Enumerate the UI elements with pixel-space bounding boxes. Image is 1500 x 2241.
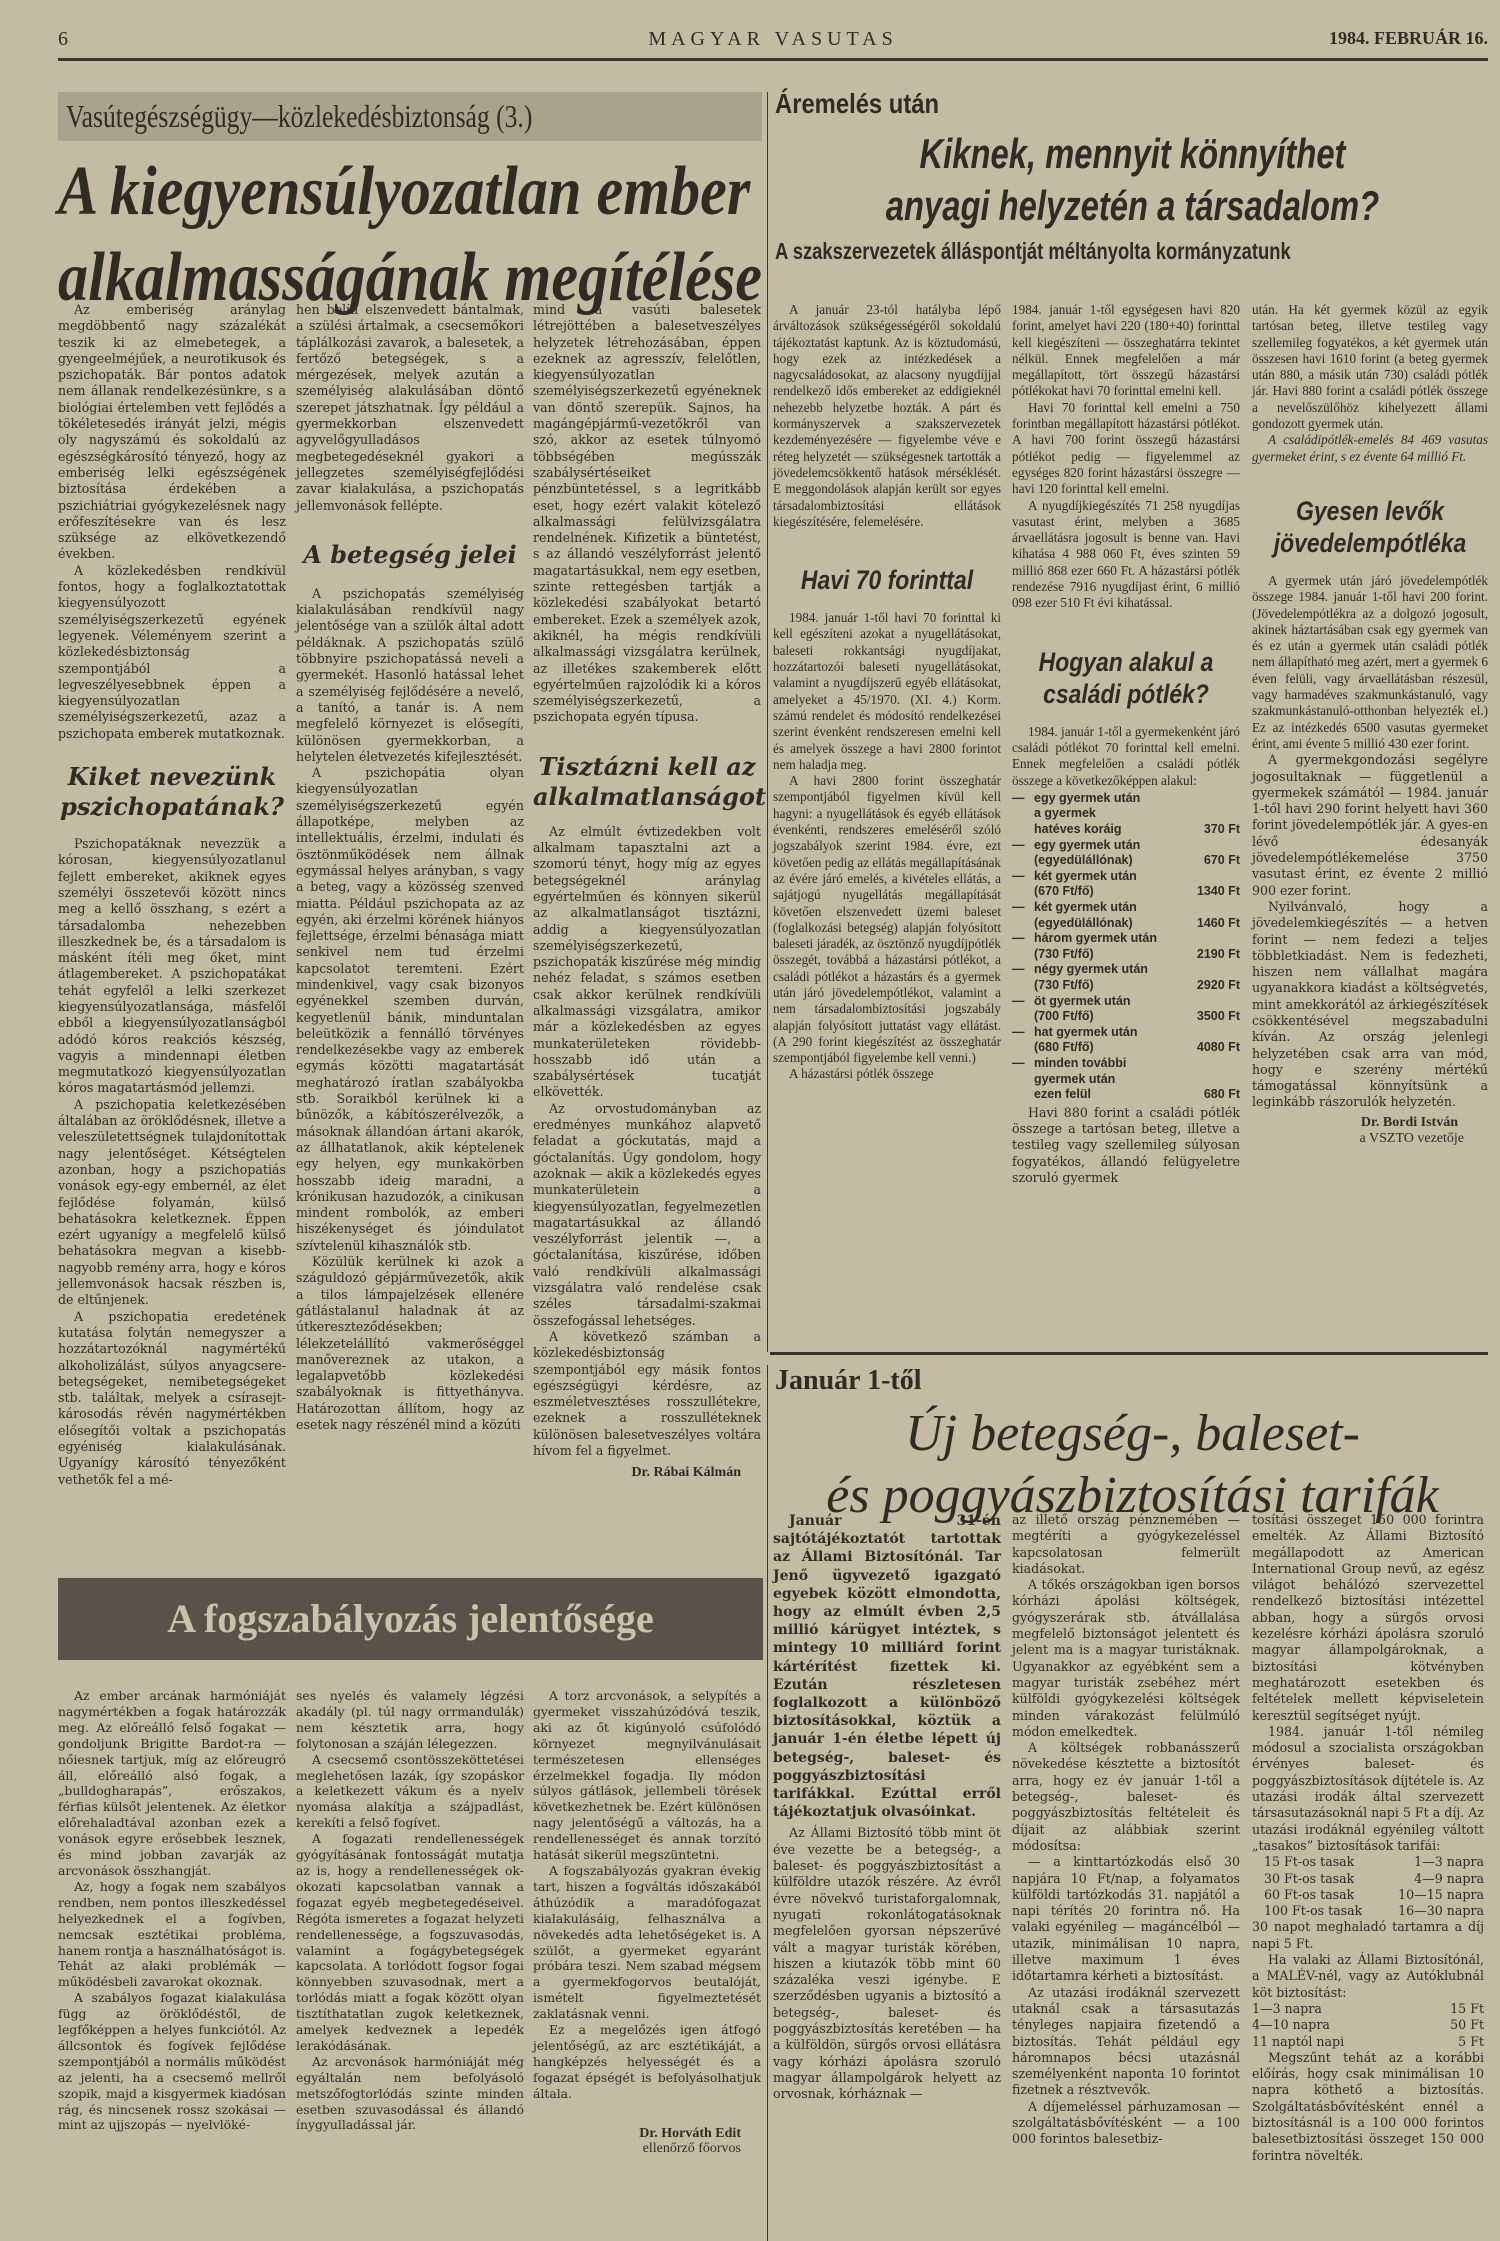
paragraph: 1984. január 1-től a gyermekenként járó …: [1012, 724, 1240, 789]
table-row: öt gyermek után (700 Ft/fő)3500 Ft: [1012, 994, 1240, 1025]
table-row: minden további gyermek után ezen felül68…: [1012, 1056, 1240, 1103]
table-row: két gyermek után (670 Ft/fő)1340 Ft: [1012, 869, 1240, 900]
paragraph: A csecsemő csontösszeköttetései meglehet…: [296, 1752, 524, 1832]
paragraph: A pszichopatia keletkezésében általában …: [58, 1097, 286, 1309]
paragraph: tosítási összeget 150 000 forintra emelt…: [1252, 1512, 1484, 1724]
paragraph: Az emberiség aránylag megdöbbentő nagy s…: [58, 302, 286, 563]
paragraph: — a kinttartózkodás első 30 napjára 10 F…: [1012, 1854, 1240, 1984]
article4-column3: tosítási összeget 150 000 forintra emelt…: [1252, 1512, 1484, 2164]
paragraph: Havi 880 forint a családi pótlék összege…: [1012, 1105, 1240, 1186]
section-rule: [770, 1352, 1488, 1355]
paragraph: A pszichopátia olyan kiegyensúlyozatlan …: [296, 765, 524, 1254]
author-title: ellenőrző főorvos: [533, 2141, 761, 2157]
paragraph: Megszűnt tehát az a korábbi előírás, hog…: [1252, 2050, 1484, 2164]
paragraph: A szabályos fogazat kialakulása függ az …: [58, 1990, 286, 2133]
article-kicker: Vasútegészségügy—közlekedésbiztonság (3.…: [58, 92, 762, 141]
article3-column2: ses nyelés és valamely légzési akadály (…: [296, 1688, 524, 2133]
paragraph: A nyugdíjkiegészítés 71 258 nyugdíjas va…: [1012, 498, 1240, 612]
paragraph: A torz arcvonások, a selypítés a gyermek…: [533, 1688, 761, 1863]
article1-column2: hen belül elszenvedett bántalmak, a szül…: [296, 302, 524, 1433]
paragraph: A közlekedésben rendkívül fontos, hogy a…: [58, 563, 286, 742]
article2-column2: 1984. január 1-től egységesen havi 820 f…: [1012, 302, 1240, 1186]
article2-column3: után. Ha két gyermek közül az egyik tart…: [1252, 302, 1488, 1147]
paragraph: Pszichopatáknak nevezzük a kórosan, kieg…: [58, 836, 286, 1097]
lead-paragraph: Január 31-én sajtótájékoztatót tartottak…: [773, 1512, 1001, 1821]
article-title-line2: anyagi helyzetén a társadalom?: [854, 180, 1412, 232]
paragraph: 30 napot meghaladó tartamra a díj napi 5…: [1252, 1919, 1484, 1952]
table-row: 30 Ft-os tasak4—9 napra: [1264, 1871, 1484, 1887]
table-row: 11 naptól napi5 Ft: [1252, 2034, 1484, 2050]
table-row: egy gyermek után a gyermek hatéves korái…: [1012, 791, 1240, 838]
article3-column3: A torz arcvonások, a selypítés a gyermek…: [533, 1688, 761, 2157]
paragraph: Az ember arcának harmóniáját nagymértékb…: [58, 1688, 286, 1879]
masthead-rule: [58, 58, 1488, 61]
paragraph: A családipótlék-emelés 84 469 vasutas gy…: [1252, 432, 1488, 465]
article3-column1: Az ember arcának harmóniáját nagymértékb…: [58, 1688, 286, 2133]
table-row: 15 Ft-os tasak1—3 napra: [1264, 1854, 1484, 1870]
subheading: Tisztázni kell az alkalmatlanságot: [533, 752, 761, 812]
paragraph: 1984. január 1-től egységesen havi 820 f…: [1012, 302, 1240, 400]
author-signature: Dr. Bordi István: [1252, 1115, 1488, 1131]
paragraph: Az arcvonások harmóniáját még egyáltalán…: [296, 2054, 524, 2134]
article-title-banner: A fogszabályozás jelentősége: [58, 1578, 763, 1660]
family-allowance-table: egy gyermek után a gyermek hatéves korái…: [1012, 791, 1240, 1103]
table-row: négy gyermek után (730 Ft/fő)2920 Ft: [1012, 962, 1240, 993]
article-kicker: Áremelés után: [775, 88, 1383, 120]
article-title-line1: Új betegség-, baleset-: [775, 1403, 1490, 1465]
article-header: Január 1-től Új betegség-, baleset- és p…: [775, 1365, 1490, 1527]
paragraph: 1984. január 1-től havi 70 forinttal ki …: [773, 610, 1001, 773]
paragraph: Az Állami Biztosító több mint öt éve vez…: [773, 1825, 1001, 2102]
article-kicker: Január 1-től: [775, 1365, 1490, 1397]
paragraph: Az elmúlt évtizedekben volt alkalmam tap…: [533, 824, 761, 1101]
author-signature: Dr. Horváth Edit: [533, 2126, 761, 2142]
paragraph: után. Ha két gyermek közül az egyik tart…: [1252, 302, 1488, 432]
paragraph: A házastársi pótlék összege: [773, 1066, 1001, 1082]
article-title-line1: A kiegyensúlyozatlan ember: [58, 149, 664, 235]
article4-column1: Január 31-én sajtótájékoztatót tartottak…: [773, 1512, 1001, 2103]
subheading: A betegség jelei: [296, 540, 524, 570]
table-row: két gyermek után (egyedülállónak)1460 Ft: [1012, 900, 1240, 931]
paragraph: A gyermek után járó jövedelempótlék össz…: [1252, 573, 1488, 752]
paragraph: Ha valaki az Állami Biztosítónál, a MALÉ…: [1252, 1952, 1484, 2001]
paragraph: A pszichopatia eredetének kutatása folyt…: [58, 1309, 286, 1488]
column-divider: [767, 1365, 768, 2241]
paragraph: hen belül elszenvedett bántalmak, a szül…: [296, 302, 524, 514]
subheading: Havi 70 forinttal: [790, 564, 984, 596]
article2-column1: A január 23-tól hatályba lépő árváltozás…: [773, 302, 1001, 1083]
subheading: Kiket nevezünk pszichopatának?: [58, 762, 286, 822]
paragraph: A költségek robbanásszerű növekedése kés…: [1012, 1740, 1240, 1854]
article-deck: A szakszervezetek álláspontját méltányol…: [775, 238, 1347, 265]
paragraph: A díjemeléssel párhuzamosan — szolgáltat…: [1012, 2099, 1240, 2148]
subheading: Hogyan alakul a családi pótlék?: [1029, 646, 1223, 710]
issue-date: 1984. FEBRUÁR 16.: [1329, 28, 1488, 49]
table-row: egy gyermek után (egyedülállónak)670 Ft: [1012, 838, 1240, 869]
author-signature: Dr. Rábai Kálmán: [533, 1465, 761, 1481]
paragraph: Az, hogy a fogak nem szabályos rendben, …: [58, 1879, 286, 1990]
article4-column2: az illető ország pénznemében — megtéríti…: [1012, 1512, 1240, 2148]
paragraph: A következő számban a közlekedésbiztonsá…: [533, 1329, 761, 1459]
column-divider: [767, 92, 768, 1352]
paragraph: Ez a megelőzés igen átfogó jelentőségű, …: [533, 2022, 761, 2102]
paragraph: A pszichopatás személyiség kialakulásába…: [296, 586, 524, 765]
paragraph: 1984. január 1-től némileg módosul a szo…: [1252, 1724, 1484, 1854]
newspaper-name: MAGYAR VASUTAS: [58, 28, 1488, 51]
paragraph: Közülük kerülnek ki azok a száguldozó gé…: [296, 1254, 524, 1433]
masthead: 6 MAGYAR VASUTAS 1984. FEBRUÁR 16.: [58, 22, 1488, 54]
paragraph: Nyilvánvaló, hogy a jövedelemkiegészítés…: [1252, 899, 1488, 1111]
paragraph: A tőkés országokban igen borsos kórházi …: [1012, 1577, 1240, 1740]
table-row: 4—10 napra50 Ft: [1252, 2017, 1484, 2033]
paragraph: A fogazati rendellenességek gyógyításána…: [296, 1831, 524, 2054]
article-header: Vasútegészségügy—közlekedésbiztonság (3.…: [58, 92, 763, 321]
subheading: Gyesen levők jövedelempótléka: [1270, 495, 1471, 559]
paragraph: A fogszabályozás gyakran évekig tart, hi…: [533, 1863, 761, 2022]
paragraph: mind a vasúti balesetek létrejöttében a …: [533, 302, 761, 726]
paragraph: A havi 2800 forint összeghatár szempontj…: [773, 773, 1001, 1066]
author-title: a VSZTO vezetője: [1252, 1131, 1488, 1147]
paragraph: Az utazási irodáknál szervezett utaknál …: [1012, 1985, 1240, 2099]
packet-tariff-table: 15 Ft-os tasak1—3 napra 30 Ft-os tasak4—…: [1252, 1854, 1484, 1919]
paragraph: Az orvostudományban az eredményes munkáh…: [533, 1101, 761, 1329]
article-header: Áremelés után Kiknek, mennyit könnyíthet…: [775, 88, 1490, 265]
table-row: három gyermek után (730 Ft/fő)2190 Ft: [1012, 931, 1240, 962]
paragraph: A gyermekgondozási segélyre jogosultakna…: [1252, 752, 1488, 899]
paragraph: ses nyelés és valamely légzési akadály (…: [296, 1688, 524, 1752]
article-title-line1: Kiknek, mennyit könnyíthet: [854, 128, 1412, 180]
table-row: 60 Ft-os tasak10—15 napra: [1264, 1887, 1484, 1903]
club-tariff-table: 1—3 napra15 Ft 4—10 napra50 Ft 11 naptól…: [1252, 2001, 1484, 2050]
table-row: 100 Ft-os tasak16—30 napra: [1264, 1903, 1484, 1919]
article1-column1: Az emberiség aránylag megdöbbentő nagy s…: [58, 302, 286, 1488]
paragraph: A január 23-tól hatályba lépő árváltozás…: [773, 302, 1001, 530]
paragraph: Havi 70 forinttal kell emelni a 750 fori…: [1012, 400, 1240, 498]
paragraph: az illető ország pénznemében — megtéríti…: [1012, 1512, 1240, 1577]
table-row: hat gyermek után (680 Ft/fő)4080 Ft: [1012, 1025, 1240, 1056]
table-row: 1—3 napra15 Ft: [1252, 2001, 1484, 2017]
article1-column3: mind a vasúti balesetek létrejöttében a …: [533, 302, 761, 1482]
